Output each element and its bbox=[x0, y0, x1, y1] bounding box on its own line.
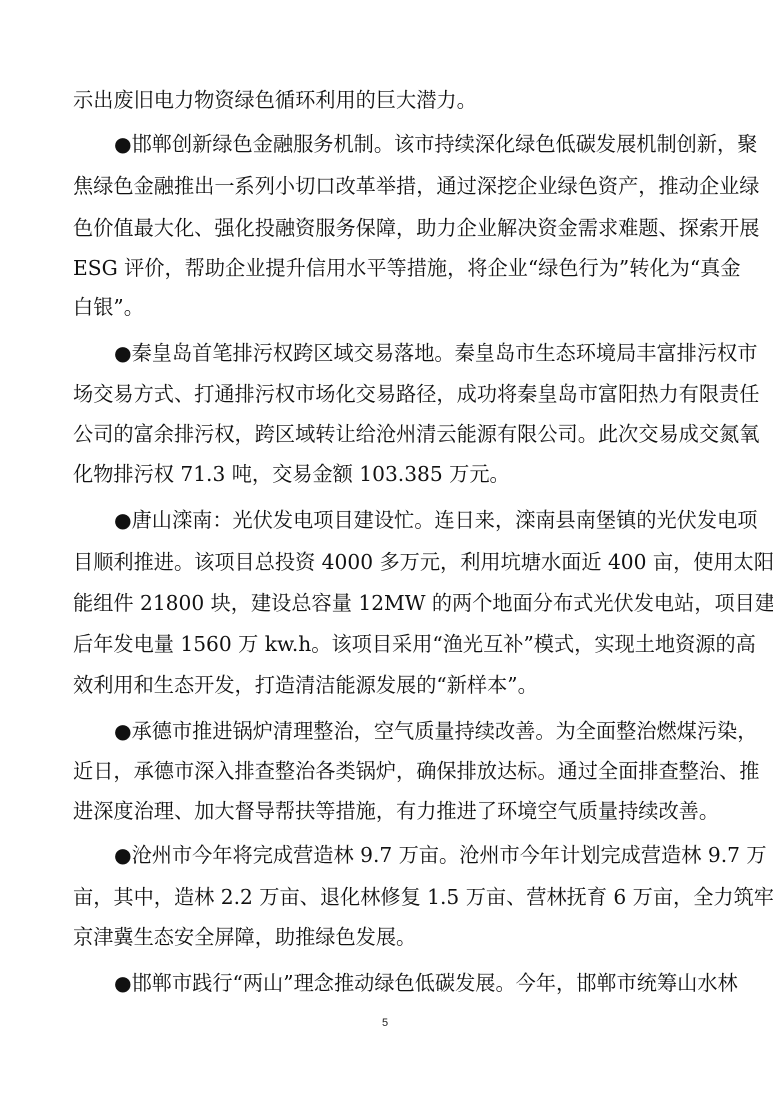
paragraph-line: 焦绿色金融推出一系列小切口改革举措，通过深挖企业绿色资产，推动企业绿 bbox=[73, 171, 699, 201]
paragraph-first-line: ●沧州市今年将完成营造林 9.7 万亩。沧州市今年计划完成营造林 9.7 万 bbox=[73, 840, 699, 870]
paragraph-line: 示出废旧电力物资绿色循环利用的巨大潜力。 bbox=[73, 85, 699, 115]
paragraph-line: 进深度治理、加大督导帮扶等措施，有力推进了环境空气质量持续改善。 bbox=[73, 796, 699, 826]
paragraph-line: 后年发电量 1560 万 kw.h。该项目采用“渔光互补”模式，实现土地资源的高 bbox=[73, 629, 699, 659]
paragraph-line: 亩，其中，造林 2.2 万亩、退化林修复 1.5 万亩、营林抚育 6 万亩，全力… bbox=[73, 882, 699, 912]
paragraph-first-line: ●秦皇岛首笔排污权跨区域交易落地。秦皇岛市生态环境局丰富排污权市 bbox=[73, 338, 699, 368]
paragraph-line: ESG 评价，帮助企业提升信用水平等措施，将企业“绿色行为”转化为“真金 bbox=[73, 253, 699, 283]
paragraph-line: 白银”。 bbox=[73, 292, 699, 322]
paragraph-first-line: ●邯郸市践行“两山”理念推动绿色低碳发展。今年，邯郸市统筹山水林 bbox=[73, 968, 699, 998]
paragraph-line: 公司的富余排污权，跨区域转让给沧州清云能源有限公司。此次交易成交氮氧 bbox=[73, 419, 699, 449]
paragraph-line: 化物排污权 71.3 吨，交易金额 103.385 万元。 bbox=[73, 459, 699, 489]
paragraph-line: 色价值最大化、强化投融资服务保障，助力企业解决资金需求难题、探索开展 bbox=[73, 213, 699, 243]
paragraph-line: 能组件 21800 块，建设总容量 12MW 的两个地面分布式光伏发电站，项目建… bbox=[73, 588, 699, 618]
paragraph-line: 效利用和生态开发，打造清洁能源发展的“新样本”。 bbox=[73, 670, 699, 700]
page-number: 5 bbox=[379, 1017, 391, 1029]
paragraph-first-line: ●承德市推进锅炉清理整治，空气质量持续改善。为全面整治燃煤污染， bbox=[73, 716, 699, 746]
paragraph-line: 京津冀生态安全屏障，助推绿色发展。 bbox=[73, 922, 699, 952]
paragraph-line: 场交易方式、打通排污权市场化交易路径，成功将秦皇岛市富阳热力有限责任 bbox=[73, 379, 699, 409]
paragraph-first-line: ●唐山滦南：光伏发电项目建设忙。连日来，滦南县南堡镇的光伏发电项 bbox=[73, 505, 699, 535]
paragraph-line: 近日，承德市深入排查整治各类锅炉，确保排放达标。通过全面排查整治、推 bbox=[73, 756, 699, 786]
paragraph-line: 目顺利推进。该项目总投资 4000 多万元，利用坑塘水面近 400 亩，使用太阳 bbox=[73, 547, 699, 577]
paragraph-first-line: ●邯郸创新绿色金融服务机制。该市持续深化绿色低碳发展机制创新，聚 bbox=[73, 129, 699, 159]
